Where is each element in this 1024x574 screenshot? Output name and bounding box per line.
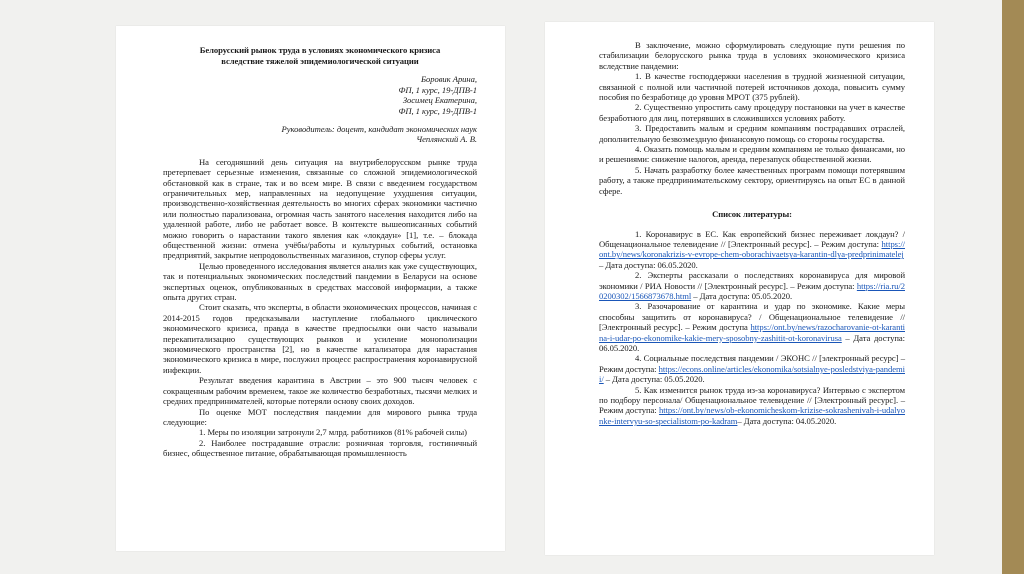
measure-item: 4. Оказать помощь малым и средним компан…	[599, 144, 905, 165]
page-right-content: В заключение, можно сформулировать следу…	[599, 40, 905, 426]
reference-item: 4. Социальные последствия пандемии / ЭКО…	[599, 353, 905, 384]
body-paragraph: Целью проведенного исследования является…	[163, 261, 477, 303]
list-item: 2. Наиболее пострадавшие отрасли: рознич…	[163, 438, 477, 459]
author-name: Зосимец Екатерина,	[163, 95, 477, 106]
body-paragraph: На сегодняшний день ситуация на внутрибе…	[163, 157, 477, 261]
reference-access-date: – Дата доступа: 05.05.2020.	[691, 291, 792, 301]
body-paragraph: Стоит сказать, что эксперты, в области э…	[163, 302, 477, 375]
measure-item: 2. Существенно упростить саму процедуру …	[599, 102, 905, 123]
page-left-content: Белорусский рынок труда в условиях эконо…	[163, 45, 477, 459]
decorative-accent-bar	[1002, 0, 1024, 574]
list-item: 1. Меры по изоляции затронули 2,7 млрд. …	[163, 427, 477, 437]
reference-access-date: – Дата доступа: 06.05.2020.	[599, 260, 698, 270]
reference-access-date: – Дата доступа: 04.05.2020.	[737, 416, 836, 426]
document-page-left: Белорусский рынок труда в условиях эконо…	[116, 26, 505, 551]
reference-item: 2. Эксперты рассказали о последствиях ко…	[599, 270, 905, 301]
body-paragraph: По оценке МОТ последствия пандемии для м…	[163, 407, 477, 428]
reference-item: 3. Разочарование от карантина и удар по …	[599, 301, 905, 353]
author-affiliation: ФП, 1 курс, 19-ДПВ-1	[163, 85, 477, 96]
supervisor-block: Руководитель: доцент, кандидат экономиче…	[163, 124, 477, 145]
document-page-right: В заключение, можно сформулировать следу…	[545, 22, 934, 555]
supervisor-title: Руководитель: доцент, кандидат экономиче…	[163, 124, 477, 135]
reference-item: 1. Коронавирус в ЕС. Как европейский биз…	[599, 229, 905, 271]
author-name: Боровик Арина,	[163, 74, 477, 85]
measure-item: 5. Начать разработку более качественных …	[599, 165, 905, 196]
authors-block: Боровик Арина, ФП, 1 курс, 19-ДПВ-1 Зоси…	[163, 74, 477, 116]
measure-item: 3. Предоставить малым и средним компания…	[599, 123, 905, 144]
references-heading: Список литературы:	[599, 209, 905, 219]
article-title-line-1: Белорусский рынок труда в условиях эконо…	[163, 45, 477, 56]
reference-access-date: – Дата доступа: 05.05.2020.	[604, 374, 705, 384]
measure-item: 1. В качестве господдержки населения в т…	[599, 71, 905, 102]
reference-item: 5. Как изменится рынок труда из-за корон…	[599, 385, 905, 427]
reference-text: 1. Коронавирус в ЕС. Как европейский биз…	[599, 229, 905, 249]
article-title-line-2: вследствие тяжелой эпидемиологической си…	[163, 56, 477, 67]
body-paragraph: Результат введения карантина в Австрии –…	[163, 375, 477, 406]
conclusion-intro: В заключение, можно сформулировать следу…	[599, 40, 905, 71]
supervisor-name: Чеплянский А. В.	[163, 134, 477, 145]
author-affiliation: ФП, 1 курс, 19-ДПВ-1	[163, 106, 477, 117]
